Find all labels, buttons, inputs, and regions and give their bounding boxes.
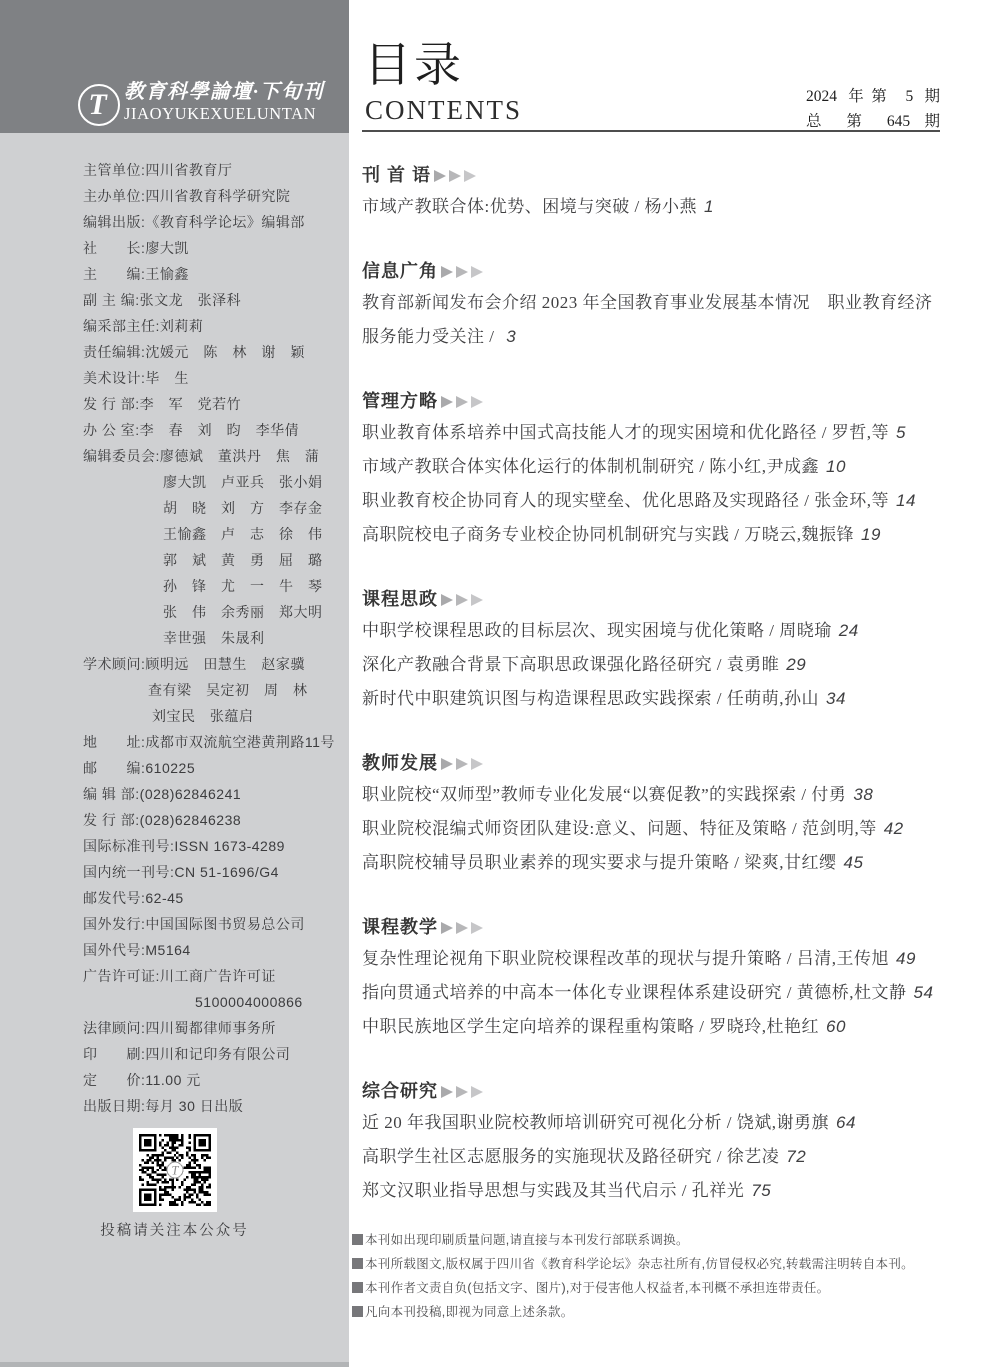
toc-article[interactable]: 市域产教联合体实体化运行的体制机制研究 / 陈小红,尹成鑫10	[362, 450, 940, 484]
triangle-marker-icon	[441, 396, 453, 408]
toc-section: 管理方略职业教育体系培养中国式高技能人才的现实困境和优化路径 / 罗哲,等5市域…	[362, 386, 940, 552]
toc-article[interactable]: 高职院校辅导员职业素养的现实要求与提升策略 / 梁爽,甘红缨45	[362, 846, 940, 880]
section-heading: 课程教学	[362, 917, 438, 937]
sidebar-info-line: 主 编:王愉鑫	[0, 261, 349, 287]
footnote-text: 凡向本刊投稿,即视为同意上述条款。	[365, 1305, 574, 1319]
triangle-marker-icon	[441, 1086, 453, 1098]
toc-article[interactable]: 中职学校课程思政的目标层次、现实困境与优化策略 / 周晓瑜24	[362, 614, 940, 648]
triangle-marker-icon	[456, 758, 468, 770]
svg-text:T: T	[172, 1163, 180, 1177]
toc-article[interactable]: 近 20 年我国职业院校教师培训研究可视化分析 / 饶斌,谢勇旗64	[362, 1106, 940, 1140]
article-authors: 孔祥光	[692, 1181, 745, 1200]
qr-caption: 投稿请关注本公众号	[0, 1219, 349, 1240]
sidebar-info-line: 法律顾问:四川蜀都律师事务所	[0, 1015, 349, 1041]
article-title: 教育部新闻发布会介绍 2023 年全国教育事业发展基本情况 职业教育经济服务能力…	[362, 293, 933, 346]
article-page-number: 29	[786, 655, 806, 674]
logo-title-en: JIAOYUKEXUELUNTAN	[124, 104, 324, 123]
toc-section: 信息广角教育部新闻发布会介绍 2023 年全国教育事业发展基本情况 职业教育经济…	[362, 256, 940, 354]
footnote-line: 本刊所载图文,版权属于四川省《教育科学论坛》杂志社所有,仿冒侵权必究,转载需注明…	[352, 1252, 962, 1276]
footnote-text: 本刊作者文责自负(包括文字、图片),对于侵害他人权益者,本刊概不承担连带责任。	[365, 1281, 829, 1295]
triangle-marker-icon	[441, 266, 453, 278]
sidebar-info-line: 胡 晓 刘 方 李存金	[0, 495, 349, 521]
toc-article[interactable]: 复杂性理论视角下职业院校课程改革的现状与提升策略 / 吕清,王传旭49	[362, 942, 940, 976]
article-authors: 袁勇睢	[727, 655, 780, 674]
square-bullet-icon	[352, 1258, 363, 1269]
sidebar-info-line: 5100004000866	[0, 989, 349, 1015]
footnote-text: 本刊所载图文,版权属于四川省《教育科学论坛》杂志社所有,仿冒侵权必究,转载需注明…	[365, 1257, 914, 1271]
article-authors: 吕清,王传旭	[797, 949, 889, 968]
article-authors: 周晓瑜	[779, 621, 832, 640]
sidebar-info-line: 邮 编:610225	[0, 755, 349, 781]
toc-section: 课程教学复杂性理论视角下职业院校课程改革的现状与提升策略 / 吕清,王传旭49指…	[362, 912, 940, 1044]
article-title: 高职学生社区志愿服务的实施现状及路径研究 /	[362, 1147, 727, 1166]
section-heading-row: 信息广角	[362, 256, 940, 286]
issue-year: 2024 年第 5 期	[806, 84, 940, 109]
article-title: 郑文汉职业指导思想与实践及其当代启示 /	[362, 1181, 692, 1200]
article-title: 高职院校辅导员职业素养的现实要求与提升策略 /	[362, 853, 744, 872]
toc-sections: 刊 首 语市域产教联合体:优势、困境与突破 / 杨小燕1信息广角教育部新闻发布会…	[362, 160, 940, 1240]
article-authors: 罗哲,等	[832, 423, 889, 442]
article-page-number: 72	[786, 1147, 806, 1166]
toc-article[interactable]: 郑文汉职业指导思想与实践及其当代启示 / 孔祥光75	[362, 1174, 940, 1208]
article-authors: 范剑明,等	[802, 819, 877, 838]
sidebar-info-line: 国内统一刊号:CN 51-1696/G4	[0, 859, 349, 885]
sidebar-info-line: 编 辑 部:(028)62846241	[0, 781, 349, 807]
sidebar-info-line: 国外代号:M5164	[0, 937, 349, 963]
sidebar-info-line: 学术顾问:顾明远 田慧生 赵家骥	[0, 651, 349, 677]
article-page-number: 75	[751, 1181, 771, 1200]
section-heading-row: 综合研究	[362, 1076, 940, 1106]
sidebar-info-line: 办 公 室:李 春 刘 昀 李华倩	[0, 417, 349, 443]
section-heading: 课程思政	[362, 589, 438, 609]
article-page-number: 64	[836, 1113, 856, 1132]
triangle-marker-icon	[471, 396, 483, 408]
article-authors: 付勇	[811, 785, 846, 804]
issue-info: 2024 年第 5 期 总 第 645 期	[806, 84, 940, 134]
section-heading-row: 刊 首 语	[362, 160, 940, 190]
footnote-line: 本刊作者文责自负(包括文字、图片),对于侵害他人权益者,本刊概不承担连带责任。	[352, 1276, 962, 1300]
article-title: 市域产教联合体实体化运行的体制机制研究 /	[362, 457, 709, 476]
article-authors: 万晓云,魏振锋	[744, 525, 854, 544]
masthead-sidebar: 主管单位:四川省教育厅主办单位:四川省教育科学研究院编辑出版:《教育科学论坛》编…	[0, 133, 349, 1362]
triangle-marker-icon	[464, 170, 476, 182]
triangle-marker-icon	[456, 266, 468, 278]
sidebar-info-line: 社 长:廖大凯	[0, 235, 349, 261]
toc-section: 综合研究近 20 年我国职业院校教师培训研究可视化分析 / 饶斌,谢勇旗64高职…	[362, 1076, 940, 1208]
article-page-number: 5	[896, 423, 906, 442]
triangle-marker-icon	[456, 1086, 468, 1098]
footnote-line: 凡向本刊投稿,即视为同意上述条款。	[352, 1300, 962, 1324]
sidebar-info-line: 美术设计:毕 生	[0, 365, 349, 391]
sidebar-info-line: 编辑委员会:廖德斌 董洪丹 焦 蒲	[0, 443, 349, 469]
article-page-number: 14	[896, 491, 916, 510]
article-authors: 饶斌,谢勇旗	[737, 1113, 829, 1132]
article-title: 深化产教融合背景下高职思政课强化路径研究 /	[362, 655, 727, 674]
toc-article[interactable]: 新时代中职建筑识图与构造课程思政实践探索 / 任萌萌,孙山34	[362, 682, 940, 716]
sidebar-info-line: 出版日期:每月 30 日出版	[0, 1093, 349, 1119]
triangle-marker-icon	[471, 922, 483, 934]
footnote-text: 本刊如出现印刷质量问题,请直接与本刊发行部联系调换。	[365, 1233, 689, 1247]
triangle-marker-icon	[471, 758, 483, 770]
toc-section: 刊 首 语市域产教联合体:优势、困境与突破 / 杨小燕1	[362, 160, 940, 224]
sidebar-info-line: 主办单位:四川省教育科学研究院	[0, 183, 349, 209]
sidebar-info-line: 国外发行:中国国际图书贸易总公司	[0, 911, 349, 937]
journal-contents-page: T 教育科學論壇·下旬刊 JIAOYUKEXUELUNTAN 主管单位:四川省教…	[0, 0, 1000, 1367]
section-heading-row: 教师发展	[362, 748, 940, 778]
footnotes: 本刊如出现印刷质量问题,请直接与本刊发行部联系调换。本刊所载图文,版权属于四川省…	[352, 1228, 962, 1324]
sidebar-info-line: 孙 锋 尤 一 牛 琴	[0, 573, 349, 599]
article-title: 新时代中职建筑识图与构造课程思政实践探索 /	[362, 689, 727, 708]
toc-article[interactable]: 职业教育体系培养中国式高技能人才的现实困境和优化路径 / 罗哲,等5	[362, 416, 940, 450]
triangle-marker-icon	[449, 170, 461, 182]
toc-section: 教师发展职业院校“双师型”教师专业化发展“以赛促教”的实践探索 / 付勇38职业…	[362, 748, 940, 880]
sidebar-info-line: 国际标准刊号:ISSN 1673-4289	[0, 833, 349, 859]
article-title: 职业教育体系培养中国式高技能人才的现实困境和优化路径 /	[362, 423, 832, 442]
square-bullet-icon	[352, 1234, 363, 1245]
triangle-marker-icon	[456, 396, 468, 408]
article-title: 中职民族地区学生定向培养的课程重构策略 /	[362, 1017, 709, 1036]
article-page-number: 54	[913, 983, 933, 1002]
article-title: 复杂性理论视角下职业院校课程改革的现状与提升策略 /	[362, 949, 797, 968]
toc-article[interactable]: 职业教育校企协同育人的现实壁垒、优化思路及实现路径 / 张金环,等14	[362, 484, 940, 518]
article-title: 市域产教联合体:优势、困境与突破 /	[362, 197, 644, 216]
header-rule	[362, 130, 940, 132]
triangle-marker-icon	[441, 758, 453, 770]
sidebar-info-line: 责任编辑:沈媛元 陈 林 谢 颖	[0, 339, 349, 365]
toc-section: 课程思政中职学校课程思政的目标层次、现实困境与优化策略 / 周晓瑜24深化产教融…	[362, 584, 940, 716]
sidebar-info-line: 张 伟 余秀丽 郑大明	[0, 599, 349, 625]
sidebar-info-line: 地 址:成都市双流航空港黄荆路11号	[0, 729, 349, 755]
section-heading: 教师发展	[362, 753, 438, 773]
toc-article[interactable]: 高职院校电子商务专业校企协同机制研究与实践 / 万晓云,魏振锋19	[362, 518, 940, 552]
toc-article[interactable]: 职业院校“双师型”教师专业化发展“以赛促教”的实践探索 / 付勇38	[362, 778, 940, 812]
triangle-marker-icon	[471, 1086, 483, 1098]
square-bullet-icon	[352, 1306, 363, 1317]
article-page-number: 60	[826, 1017, 846, 1036]
sidebar-info-line: 编辑出版:《教育科学论坛》编辑部	[0, 209, 349, 235]
triangle-marker-icon	[471, 266, 483, 278]
article-page-number: 3	[506, 327, 516, 346]
article-page-number: 42	[884, 819, 904, 838]
sidebar-info-line: 幸世强 朱晟利	[0, 625, 349, 651]
article-title: 近 20 年我国职业院校教师培训研究可视化分析 /	[362, 1113, 737, 1132]
toc-article[interactable]: 指向贯通式培养的中高本一体化专业课程体系建设研究 / 黄德桥,杜文静54	[362, 976, 940, 1010]
sidebar-info-line: 发 行 部:李 军 党若竹	[0, 391, 349, 417]
article-page-number: 24	[839, 621, 859, 640]
toc-article[interactable]: 深化产教融合背景下高职思政课强化路径研究 / 袁勇睢29	[362, 648, 940, 682]
sidebar-info-line: 广告许可证:川工商广告许可证	[0, 963, 349, 989]
sidebar-info-line: 主管单位:四川省教育厅	[0, 157, 349, 183]
article-page-number: 45	[843, 853, 863, 872]
article-authors: 梁爽,甘红缨	[744, 853, 836, 872]
article-title: 高职院校电子商务专业校企协同机制研究与实践 /	[362, 525, 744, 544]
article-page-number: 49	[896, 949, 916, 968]
article-authors: 徐艺凌	[727, 1147, 780, 1166]
section-heading-row: 课程思政	[362, 584, 940, 614]
article-authors: 陈小红,尹成鑫	[709, 457, 819, 476]
sidebar-info-line: 刘宝民 张蕴启	[0, 703, 349, 729]
triangle-marker-icon	[441, 922, 453, 934]
logo-t-monogram-icon: T	[78, 84, 120, 126]
article-authors: 张金环,等	[814, 491, 889, 510]
qr-code-image: T	[139, 1134, 211, 1206]
sidebar-info-list: 主管单位:四川省教育厅主办单位:四川省教育科学研究院编辑出版:《教育科学论坛》编…	[0, 157, 349, 1119]
qr-code: T	[133, 1128, 217, 1212]
triangle-marker-icon	[456, 594, 468, 606]
section-heading: 综合研究	[362, 1081, 438, 1101]
footnote-line: 本刊如出现印刷质量问题,请直接与本刊发行部联系调换。	[352, 1228, 962, 1252]
sidebar-info-line: 王愉鑫 卢 志 徐 伟	[0, 521, 349, 547]
section-heading: 刊 首 语	[362, 165, 431, 185]
article-authors: 任萌萌,孙山	[727, 689, 819, 708]
triangle-marker-icon	[441, 594, 453, 606]
sidebar-info-line: 查有梁 吴定初 周 林	[0, 677, 349, 703]
logo-title-cn: 教育科學論壇·下旬刊	[124, 80, 324, 104]
article-title: 职业教育校企协同育人的现实壁垒、优化思路及实现路径 /	[362, 491, 814, 510]
toc-article[interactable]: 教育部新闻发布会介绍 2023 年全国教育事业发展基本情况 职业教育经济服务能力…	[362, 286, 940, 354]
article-page-number: 10	[826, 457, 846, 476]
sidebar-info-line: 郭 斌 黄 勇 屈 璐	[0, 547, 349, 573]
page-title: 目录	[364, 40, 464, 92]
article-page-number: 19	[861, 525, 881, 544]
section-heading: 信息广角	[362, 261, 438, 281]
logo-monogram-letter: T	[88, 90, 106, 120]
triangle-marker-icon	[434, 170, 446, 182]
article-title: 指向贯通式培养的中高本一体化专业课程体系建设研究 /	[362, 983, 797, 1002]
article-authors: 黄德桥,杜文静	[797, 983, 907, 1002]
toc-article[interactable]: 职业院校混编式师资团队建设:意义、问题、特征及策略 / 范剑明,等42	[362, 812, 940, 846]
brand-band: T 教育科學論壇·下旬刊 JIAOYUKEXUELUNTAN	[0, 0, 349, 133]
section-heading-row: 管理方略	[362, 386, 940, 416]
toc-article[interactable]: 高职学生社区志愿服务的实施现状及路径研究 / 徐艺凌72	[362, 1140, 940, 1174]
triangle-marker-icon	[456, 922, 468, 934]
article-authors: 罗晓玲,杜艳红	[709, 1017, 819, 1036]
article-title: 职业院校混编式师资团队建设:意义、问题、特征及策略 /	[362, 819, 802, 838]
sidebar-info-line: 廖大凯 卢亚兵 张小娟	[0, 469, 349, 495]
article-title: 中职学校课程思政的目标层次、现实困境与优化策略 /	[362, 621, 779, 640]
sidebar-info-line: 印 刷:四川和记印务有限公司	[0, 1041, 349, 1067]
page-title-en: CONTENTS	[365, 95, 522, 126]
logo-text: 教育科學論壇·下旬刊 JIAOYUKEXUELUNTAN	[124, 80, 324, 123]
article-page-number: 38	[853, 785, 873, 804]
article-title: 职业院校“双师型”教师专业化发展“以赛促教”的实践探索 /	[362, 785, 811, 804]
sidebar-info-line: 发 行 部:(028)62846238	[0, 807, 349, 833]
toc-article[interactable]: 中职民族地区学生定向培养的课程重构策略 / 罗晓玲,杜艳红60	[362, 1010, 940, 1044]
section-heading-row: 课程教学	[362, 912, 940, 942]
article-page-number: 1	[704, 197, 714, 216]
page-bottom-edge	[0, 1362, 349, 1367]
section-heading: 管理方略	[362, 391, 438, 411]
article-page-number: 34	[826, 689, 846, 708]
square-bullet-icon	[352, 1282, 363, 1293]
sidebar-info-line: 定 价:11.00 元	[0, 1067, 349, 1093]
toc-article[interactable]: 市域产教联合体:优势、困境与突破 / 杨小燕1	[362, 190, 940, 224]
sidebar-info-line: 邮发代号:62-45	[0, 885, 349, 911]
triangle-marker-icon	[471, 594, 483, 606]
article-authors: 杨小燕	[644, 197, 697, 216]
sidebar-info-line: 副 主 编:张文龙 张泽科	[0, 287, 349, 313]
sidebar-info-line: 编采部主任:刘莉莉	[0, 313, 349, 339]
